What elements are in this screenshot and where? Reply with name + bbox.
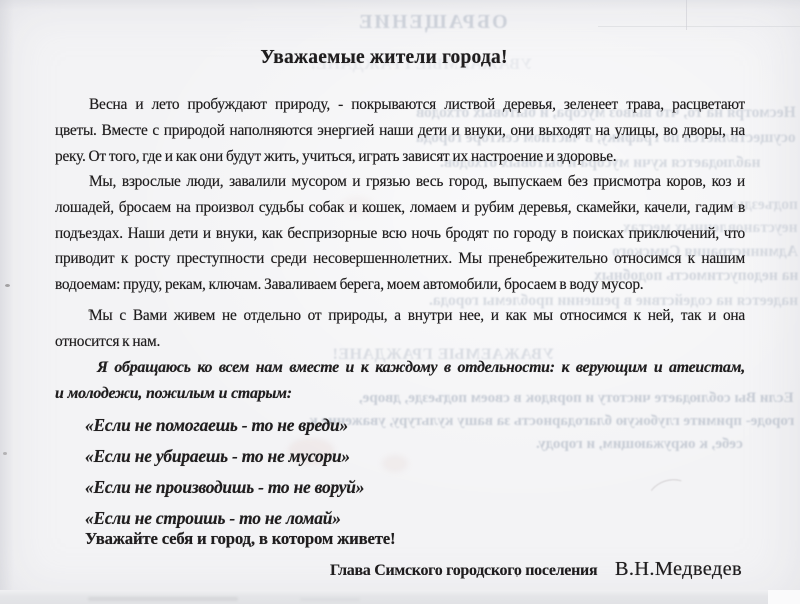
- text-line: водоемам: пруду, рекам, ключам. Завалива…: [55, 272, 745, 298]
- text-line: Весна и лето пробуждают природу, - покры…: [55, 92, 745, 118]
- paragraph-appeal: Я обращаюсь ко всем нам вместе и к каждо…: [55, 355, 745, 407]
- text-line: и молодежи, пожилым и старым:: [55, 381, 745, 407]
- slogan-list: «Если не помогаешь - то не вреди» «Если …: [85, 410, 740, 534]
- paragraph-nature: Весна и лето пробуждают природу, - покры…: [55, 92, 745, 169]
- text-line: подъездах. Наши дети и внуки, как беспри…: [55, 221, 745, 247]
- text-line: приводит к росту преступности среди несо…: [55, 246, 745, 272]
- paragraph-problems: Мы, взрослые люди, завалили мусором и гр…: [55, 169, 745, 298]
- signature-row: Глава Симского городского поселения В.Н.…: [330, 558, 742, 581]
- text-line: цветы. Вместе с природой наполняются эне…: [55, 118, 745, 144]
- bleed-through-text: ОБРАЩЕНИЕ: [357, 11, 508, 34]
- slogan-line: «Если не производишь - то не воруй»: [85, 472, 740, 503]
- closing-line: Уважайте себя и город, в котором живете!: [85, 529, 395, 549]
- signature-name: В.Н.Медведев: [615, 558, 742, 581]
- text-line: лошадей, бросаем на произвол судьбы соба…: [55, 195, 745, 221]
- text-line: относится к нам.: [55, 329, 745, 355]
- text-line: Я обращаюсь ко всем нам вместе и к каждо…: [55, 355, 745, 381]
- scanned-appeal-page: ОБРАЩЕНИЕУВАЖАЕМЫЕ ГРАЖДАНЕ!Несмотря на …: [0, 0, 800, 604]
- text-line: Мы с Вами живем не отдельно от природы, …: [55, 303, 745, 329]
- text-line: Мы, взрослые люди, завалили мусором и гр…: [55, 169, 745, 195]
- text-line: реку. От того, где и как они будут жить,…: [55, 144, 745, 170]
- slogan-line: «Если не убираешь - то не мусори»: [85, 441, 740, 472]
- slogan-line: «Если не помогаешь - то не вреди»: [85, 410, 740, 441]
- page-title: Уважаемые жители города!: [0, 47, 768, 69]
- paragraph-nature-relation: Мы с Вами живем не отдельно от природы, …: [55, 303, 745, 355]
- signature-role: Глава Симского городского поселения: [330, 562, 597, 580]
